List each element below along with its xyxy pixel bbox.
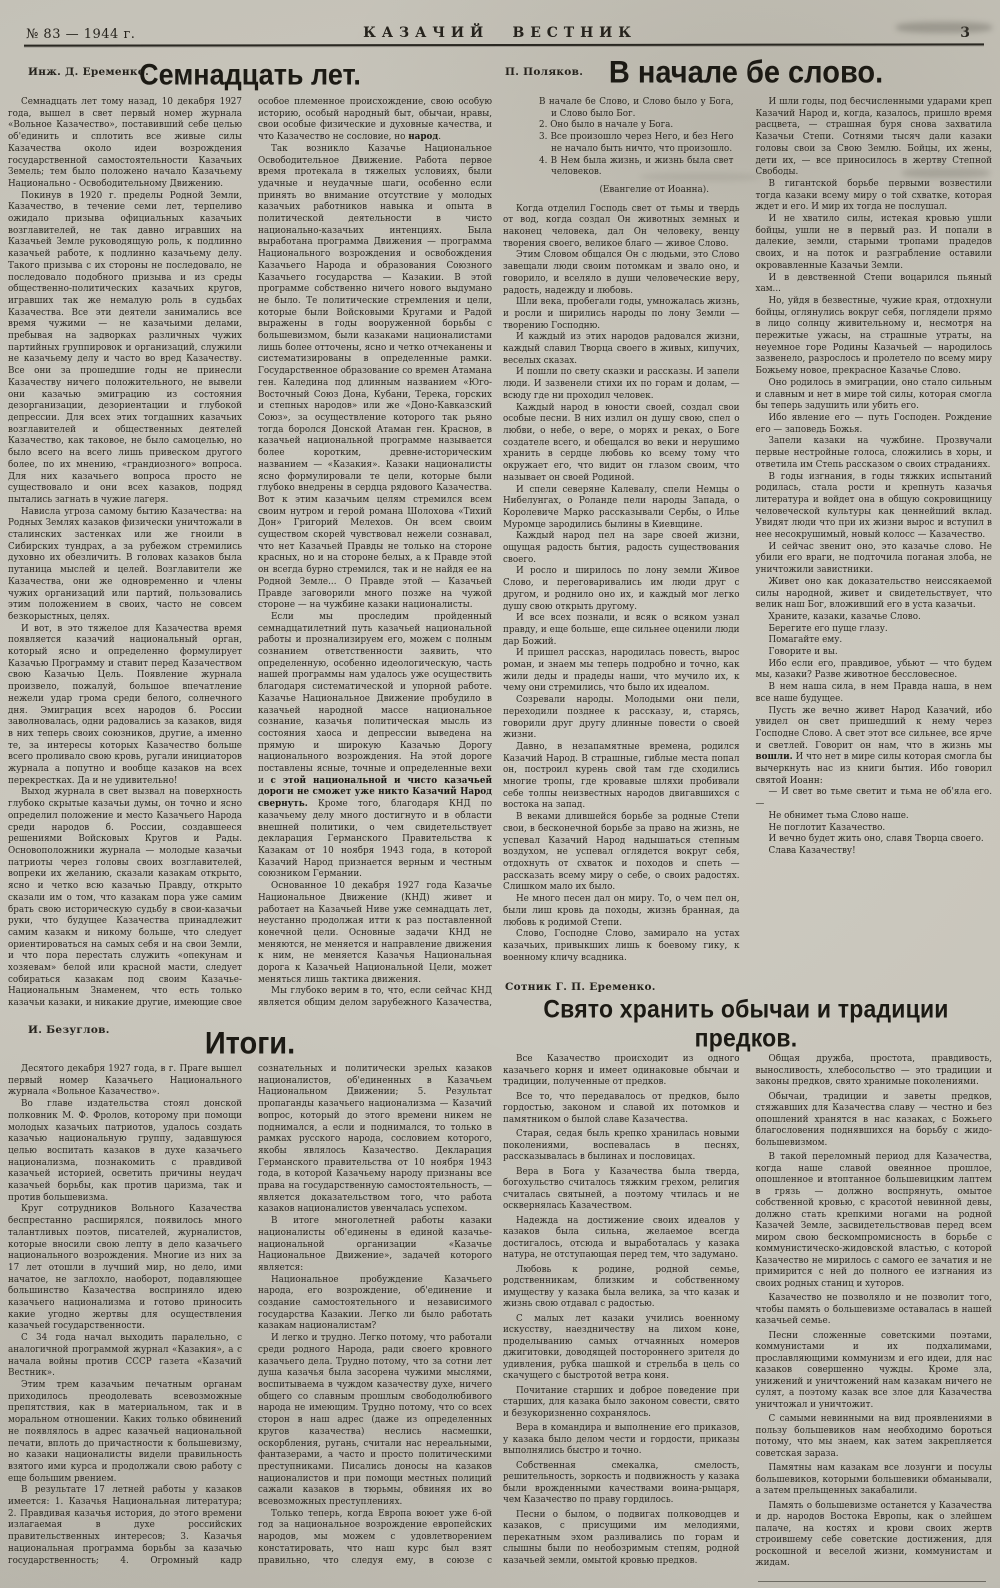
paragraph: Любовь к родине, родной семье, родственн… — [503, 1265, 740, 1311]
paragraph: Покинув в 1920 г. пределы Родной Земли, … — [8, 191, 242, 507]
paragraph: Шли века, пробегали годы, умножалась жиз… — [503, 297, 740, 332]
paragraph: И легко и трудно. Легко потому, что рабо… — [258, 1333, 492, 1509]
article-svjato-body: Все Казачество происходит из одного каза… — [503, 1054, 992, 1581]
paragraph: Нависла угроза самому бытию Казачества: … — [8, 507, 242, 624]
paragraph: Ибо если его, правдивое, убьют — что буд… — [756, 659, 993, 682]
newspaper-title: КАЗАЧИЙ ВЕСТНИК — [0, 25, 1000, 41]
paragraph: Память о большевизме останется у Казачес… — [756, 1501, 993, 1570]
paragraph: Надежда на достижение своих идеалов у ка… — [503, 1216, 740, 1262]
paragraph: И в девственной Степи воцарился пьяный х… — [756, 273, 993, 296]
paragraph: Созревали народы. Молодыми они пели, пер… — [503, 695, 740, 742]
paragraph: В начале бе Слово, и Слово было у Бога, … — [539, 97, 734, 120]
paragraph: Не обнимет тьма Слово наше. — [756, 811, 993, 823]
paragraph: И вот, в это тяжелое для Казачества врем… — [8, 624, 242, 788]
paragraph: Оно родилось в эмиграции, оно стало силь… — [756, 378, 993, 413]
paragraph: Собственная смекалка, смелость, решитель… — [503, 1461, 740, 1507]
paragraph: Ибо явление его — путь Господен. Рождени… — [756, 413, 993, 436]
paragraph: В такой переломный период для Казачества… — [756, 1152, 993, 1290]
paragraph: Вера в командира и выполнение его приказ… — [503, 1423, 740, 1458]
paragraph: Так возникло Казачье Национальное Освобо… — [258, 144, 492, 612]
paragraph: И сейчас звенит оно, это казачье слово. … — [756, 542, 993, 577]
paragraph: Берегите его пуще глазу. — [756, 624, 993, 636]
paragraph: В годы изгнания, в годы тяжких испытаний… — [756, 472, 993, 542]
article-slovo-paragraphs: Когда отделил Господь свет от тьмы и тве… — [503, 97, 992, 977]
paragraph: В гигантской борьбе первыми возвестили т… — [756, 179, 993, 214]
newspaper-page: № 83 — 1944 г. КАЗАЧИЙ ВЕСТНИК 3 Инж. Д.… — [0, 0, 1000, 1588]
paragraph: Вера в Бога у Казачества была тверда, бо… — [503, 1167, 740, 1213]
paragraph: Основанное 10 декабря 1927 года Казачье … — [258, 881, 492, 986]
paragraph: Когда отделил Господь свет от тьмы и тве… — [503, 204, 740, 251]
epigraph-gospel-quote: В начале бе Слово, и Слово было у Бога, … — [539, 97, 734, 179]
article-end-rule — [758, 1581, 986, 1582]
paragraph: Не поглотит Казачество. — [756, 823, 993, 835]
print-smudge — [896, 22, 992, 33]
paragraph: Если мы проследим пройденный семнадцатил… — [258, 612, 492, 881]
paragraph: Старая, седая быль крепко хранилась новы… — [503, 1129, 740, 1164]
paragraph: Каждый народ в юности своей, создал свои… — [503, 403, 740, 485]
paragraph: В веками длившейся борьбе за родные Степ… — [503, 812, 740, 894]
paragraph: И росло и ширилось по лону земли Живое С… — [503, 566, 740, 613]
paragraph: И не хватило силы, истекая кровью ушли б… — [756, 214, 993, 273]
paragraph: И все всех познали, и всяк о всяком узна… — [503, 613, 740, 648]
epigraph-source: (Евангелие от Иоанна). — [539, 185, 740, 197]
paragraph: С малых лет казаки учились военному иску… — [503, 1314, 740, 1383]
paragraph: Не много песен дал он миру. То, о чем пе… — [503, 894, 740, 929]
paragraph: В итоге многолетней работы казаки национ… — [258, 1216, 492, 1275]
paragraph: Но, уйдя в безвестные, чужие края, отдох… — [756, 296, 993, 378]
paragraph: Памятны нам казакам все лозунги и посулы… — [756, 1463, 993, 1498]
headline-itogi: Итоги. — [8, 1027, 492, 1063]
byline-eremenko-gp: Сотник Г. П. Еременко. — [505, 981, 656, 993]
paragraph: Помагайте ему. — [756, 635, 993, 647]
paragraph: Этим Словом общался Он с людьми, это Сло… — [503, 250, 740, 297]
masthead-rule — [24, 43, 984, 46]
paragraph: Национальное пробуждение Казачьего народ… — [258, 1275, 492, 1334]
paragraph: Пусть же вечно живет Народ Казачий, ибо … — [756, 706, 993, 788]
paragraph: Храните, казаки, казачье Слово. — [756, 612, 993, 624]
paragraph: Обычаи, традиции и заветы предков, стяжа… — [756, 1092, 993, 1150]
paragraph: Семнадцать лет тому назад, 10 декабря 19… — [8, 97, 242, 191]
article-slovo-body: В начале бе Слово, и Слово было у Бога, … — [503, 97, 992, 977]
article-seventeen-years-body: Семнадцать лет тому назад, 10 декабря 19… — [8, 97, 492, 1019]
paragraph: И спели северяне Калевалу, спели Немцы о… — [503, 485, 740, 532]
paragraph: Общая дружба, простота, правдивость, вын… — [756, 1054, 993, 1089]
paragraph: 3. Все произошло через Него, и без Него … — [539, 132, 734, 155]
paragraph: Все Казачество происходит из одного каза… — [503, 1054, 740, 1089]
paragraph: Десятого декабря 1927 года, в г. Праге в… — [8, 1064, 242, 1099]
paragraph: Каждый народ пел на заре своей жизни, ощ… — [503, 531, 740, 566]
paragraph: И пришел рассказ, народилась повесть, вы… — [503, 648, 740, 695]
paragraph: Песни сложенные советскими поэтами, комм… — [756, 1331, 993, 1412]
paragraph: С 34 года начал выходить паралельно, с а… — [8, 1333, 242, 1380]
paragraph: — И свет во тьме светит и тьма не об'яла… — [756, 787, 993, 810]
paragraph: И вечно будет жить оно, славя Творца сво… — [756, 834, 993, 846]
article-itogi-body: Десятого декабря 1927 года, в г. Праге в… — [8, 1064, 492, 1578]
paragraph: Казачество не позволяло и не позволит то… — [756, 1293, 993, 1328]
paragraph: И шли годы, под бесчисленными ударами кр… — [756, 97, 993, 179]
paragraph: В нем наша сила, в нем Правда наша, в не… — [756, 682, 993, 705]
paragraph: С самыми невинными на вид проявлениями в… — [756, 1414, 993, 1460]
paragraph: Говорите и вы. — [756, 647, 993, 659]
paragraph: 4. В Нем была жизнь, и жизнь была свет ч… — [539, 156, 734, 179]
paragraph: Слово, Господне Слово, замирало на устах… — [503, 929, 740, 964]
paragraph: Круг сотрудников Вольного Казачества бес… — [8, 1204, 242, 1333]
headline-seventeen-years: Семнадцать лет. — [8, 59, 492, 92]
headline-v-nachale-be-slovo: В начале бе слово. — [500, 56, 992, 92]
paragraph: Все то, что передавалось от предков, был… — [503, 1092, 740, 1127]
paragraph: Давно, в незапамятные времена, родился К… — [503, 742, 740, 812]
paragraph: Живет оно как доказательство неиссякаемо… — [756, 577, 993, 612]
paragraph: Во главе издательства стоял донской полк… — [8, 1099, 242, 1204]
paragraph: Запели казаки на чужбине. Прозвучали пер… — [756, 436, 993, 471]
paragraph: Песни о былом, о подвигах полководцев и … — [503, 1510, 740, 1568]
paragraph: Этим трем казачьим печатным органам прих… — [8, 1380, 242, 1485]
paragraph: И каждый из этих народов радовался жизни… — [503, 332, 740, 367]
paragraph: И пошли по свету сказки и рассказы. И за… — [503, 367, 740, 402]
paragraph: Слава Казачеству! — [756, 846, 993, 858]
paragraph: 2. Оно было в начале у Бога. — [539, 120, 734, 132]
paragraph: Почитание старших и доброе поведение при… — [503, 1386, 740, 1421]
headline-svjato-khranit: Свято хранить обычаи и традиции предков. — [500, 995, 992, 1053]
